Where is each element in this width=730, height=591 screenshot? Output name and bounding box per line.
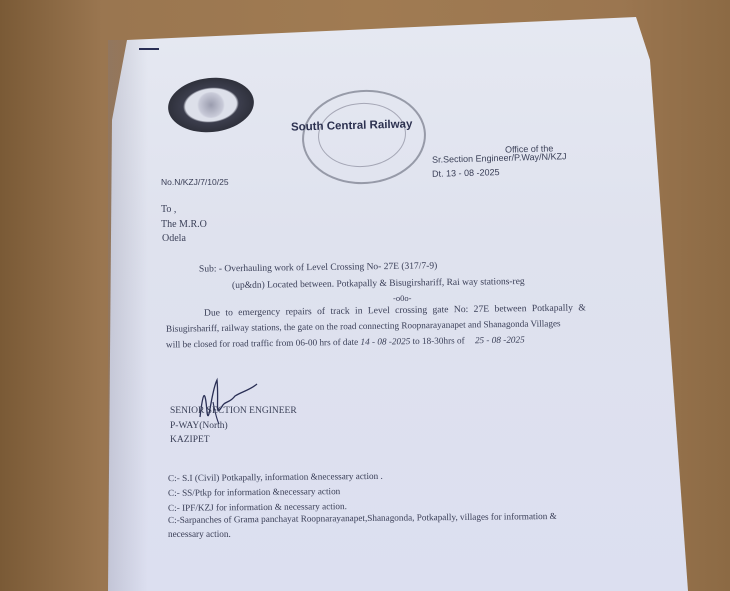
closure-from-date: 14 - 08 -2025 (360, 336, 410, 347)
recipient-name: The M.R.O (161, 219, 207, 230)
to-label: To , (161, 204, 176, 215)
pen-mark (139, 48, 159, 50)
copy-to-item: necessary action. (168, 529, 231, 539)
reference-number: No.N/KZJ/7/10/25 (161, 177, 229, 187)
paper-shadow (108, 40, 148, 591)
recipient-place: Odela (162, 233, 186, 244)
signatory-department: P-WAY(North) (170, 421, 228, 431)
closure-to-date: 25 - 08 -2025 (475, 334, 525, 345)
copy-to-item: C:- SS/Ptkp for information &necessary a… (168, 486, 340, 498)
body-line-3-mid: to 18-30hrs of (412, 335, 464, 346)
letter-date: Dt. 13 - 08 -2025 (432, 167, 500, 179)
signatory-place: KAZIPET (170, 435, 210, 445)
copy-to-item: C:- IPF/KZJ for information & necessary … (168, 501, 347, 513)
signatory-title: SENIOR SECTION ENGINEER (170, 406, 297, 416)
subject-separator: -o0o- (393, 293, 411, 303)
